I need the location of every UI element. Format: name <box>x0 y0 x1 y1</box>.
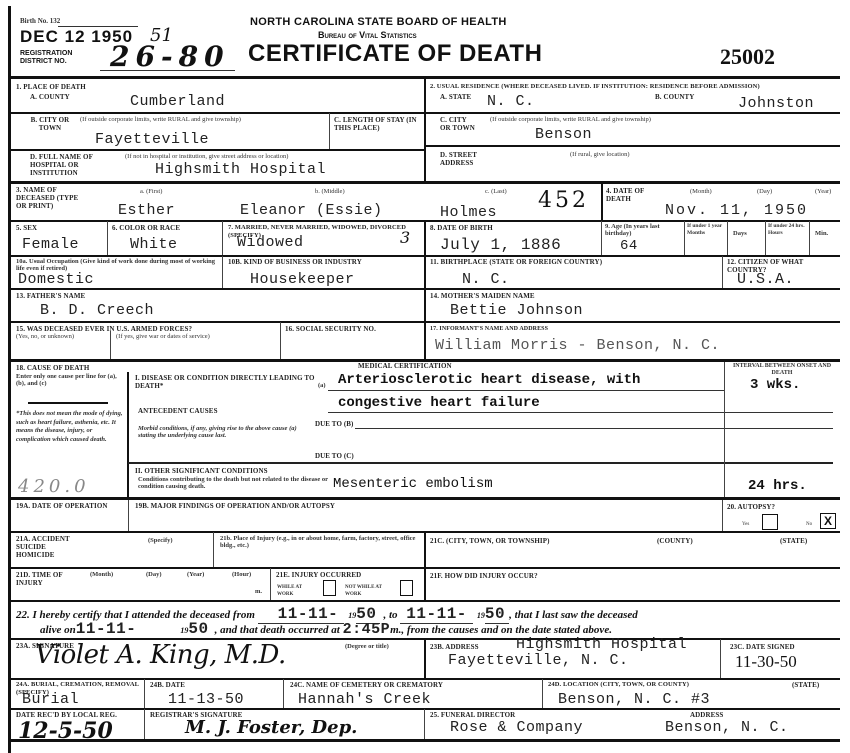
divider <box>424 289 426 359</box>
divider <box>542 679 543 709</box>
divider <box>601 221 602 255</box>
injury-month-label: (Month) <box>90 571 113 578</box>
burial-method-value: Burial <box>22 691 79 708</box>
alive-on-year: 50 <box>188 620 212 639</box>
divider <box>720 639 721 679</box>
divider <box>424 112 840 114</box>
divider <box>424 709 425 739</box>
divider <box>722 500 723 531</box>
while-at-work-label: While at Work <box>277 584 312 598</box>
street-address-label: d. Street Address <box>440 151 490 167</box>
interval-a-value: 3 wks. <box>750 377 800 393</box>
to-year-prefix: 19 <box>477 611 485 620</box>
first-name-label: a. (First) <box>140 188 162 195</box>
divider <box>144 709 145 739</box>
document-title: CERTIFICATE OF DEATH <box>248 40 542 68</box>
funeral-director-address-value: Benson, N. C. <box>665 719 789 736</box>
divider <box>10 567 840 569</box>
age-value: 64 <box>620 238 638 254</box>
armed-forces-label: 15. Was Deceased Ever in U.S. Armed Forc… <box>16 325 286 333</box>
part-one-label: I. Disease or Condition Directly Leading… <box>135 374 325 390</box>
middle-name-label: b. (Middle) <box>315 188 345 195</box>
residence-state-label: a. State <box>440 93 471 101</box>
length-of-stay-label: c. Length of Stay (in this place) <box>334 116 419 132</box>
divider <box>280 322 281 359</box>
registration-label: Registration District No. <box>20 50 72 66</box>
divider <box>10 708 840 710</box>
injury-state-label: (State) <box>780 537 807 545</box>
divider <box>424 145 840 147</box>
divider <box>107 221 108 255</box>
interval-label: Interval Between Onset and Death <box>732 363 832 377</box>
residence-county-value: Johnston <box>738 95 814 112</box>
mother-name-label: 14. Mother's Maiden Name <box>430 292 535 300</box>
burial-location-state-label: (State) <box>792 681 819 689</box>
divider <box>10 112 424 114</box>
hospital-label: d. Full Name of Hospital or Institution <box>30 153 110 177</box>
age-days-label: Days <box>733 230 747 237</box>
date-of-death-label: 4. Date of Death <box>606 187 646 203</box>
cause-line-a2-value: congestive heart failure <box>338 395 540 411</box>
divider <box>213 532 214 568</box>
injury-county-label: (County) <box>657 537 693 545</box>
divider <box>28 402 108 404</box>
birth-number-label: Birth No. 132 <box>20 18 60 25</box>
divider <box>329 113 330 149</box>
residence-county-label: b. County <box>655 93 694 101</box>
divider <box>128 500 129 531</box>
degree-label: (Degree or title) <box>345 643 389 650</box>
part-two-value: Mesenteric embolism <box>333 476 493 492</box>
armed-forces-note-1: (Yes, no, or unknown) <box>16 333 74 340</box>
while-at-work-checkbox[interactable] <box>323 580 336 596</box>
age-min-label: Min. <box>815 230 828 237</box>
physician-signature: Violet A. King, M.D. <box>35 640 286 670</box>
divider <box>765 221 766 255</box>
part-two-note: Conditions contributing to the death but… <box>138 476 328 490</box>
divider <box>270 568 271 600</box>
left-border <box>8 6 11 753</box>
divider <box>10 149 424 151</box>
alive-on-date: 11-11- <box>76 620 177 639</box>
antecedent-causes-label: Antecedent Causes <box>138 407 218 415</box>
cause-line-a-value: Arteriosclerotic heart disease, with <box>338 372 640 388</box>
divider <box>724 428 833 429</box>
col-divider-1 <box>424 78 426 181</box>
section-divider <box>10 497 840 500</box>
causes-text: m., from the causes and on the date stat… <box>390 624 612 636</box>
funeral-director-label: 25. Funeral Director <box>430 711 515 719</box>
physician-address-line1: Highsmith Hospital <box>516 636 687 653</box>
dod-day-label: (Day) <box>757 188 772 195</box>
name-label: 3. Name of Deceased (Type or Print) <box>16 186 86 210</box>
hospital-value: Highsmith Hospital <box>155 161 326 178</box>
divider <box>128 462 833 464</box>
father-name-value: B. D. Creech <box>40 302 154 319</box>
armed-forces-note-2: (If yes, give war or dates of service) <box>116 333 210 340</box>
dod-year-label: (Year) <box>815 188 831 195</box>
death-occurred-text: , and that death occurred at <box>215 624 340 636</box>
autopsy-yes-label: Yes <box>742 521 749 528</box>
middle-name-value: Eleanor (Essie) <box>240 202 383 219</box>
injury-hour-label: (Hour) <box>232 571 251 578</box>
burial-date-value: 11-13-50 <box>168 691 244 708</box>
sex-value: Female <box>22 236 79 253</box>
injury-time-label: 21d. Time of Injury <box>16 571 66 587</box>
section-divider <box>10 600 840 602</box>
marital-status-value: Widowed <box>237 234 304 251</box>
divider <box>424 639 426 679</box>
last-name-annotation: 452 <box>538 188 589 213</box>
death-city-label: b. City or Town <box>30 116 70 132</box>
due-to-c-label: Due to (c) <box>315 452 354 460</box>
burial-location-label: 24d. Location (City, town, or county) <box>548 681 689 689</box>
injury-occurred-label: 21e. Injury Occurred <box>276 571 361 579</box>
divider <box>727 221 728 255</box>
death-city-note: (If outside corporate limits, write RURA… <box>80 116 305 123</box>
date-signed-label: 23c. Date Signed <box>730 643 795 651</box>
divider <box>424 221 426 255</box>
physician-address-line2: Fayetteville, N. C. <box>448 652 629 669</box>
business-value: Housekeeper <box>250 271 355 288</box>
occupation-value: Domestic <box>18 271 94 288</box>
residence-city-value: Benson <box>535 126 592 143</box>
autopsy-no-label: No <box>806 521 812 528</box>
dob-value: July 1, 1886 <box>440 236 561 254</box>
autopsy-no-checkbox[interactable]: X <box>820 513 836 529</box>
autopsy-label: 20. Autopsy? <box>727 503 775 511</box>
registrar-signature: M. J. Foster, Dep. <box>185 717 357 738</box>
certificate-number: 25002 <box>720 44 775 70</box>
burial-date-label: 24b. Date <box>150 681 185 689</box>
race-label: 6. Color or Race <box>112 224 180 232</box>
residence-label: 2. Usual Residence (Where deceased lived… <box>430 83 760 91</box>
cause-code-annotation: 420.0 <box>18 476 90 497</box>
injury-place-label: 21b. Place of Injury (e.g., in or about … <box>220 535 420 549</box>
divider <box>722 256 723 288</box>
not-at-work-label: Not While at Work <box>345 584 390 598</box>
date-signed-value: 11-30-50 <box>735 652 797 672</box>
bureau-name: Bureau of Vital Statistics <box>318 30 417 40</box>
board-name: NORTH CAROLINA STATE BOARD OF HEALTH <box>250 16 507 28</box>
funeral-director-value: Rose & Company <box>450 719 583 736</box>
father-name-label: 13. Father's Name <box>16 292 85 300</box>
divider <box>222 256 223 288</box>
residence-city-label: c. City or Town <box>440 116 475 132</box>
injury-year-label: (Year) <box>187 571 204 578</box>
medical-certification-label: Medical Certification <box>358 362 452 370</box>
street-address-note: (If rural, give location) <box>570 151 630 158</box>
interval-divider <box>724 362 725 498</box>
occupation-label: 10a. Usual Occupation (Give kind of work… <box>16 258 216 272</box>
sex-label: 5. Sex <box>16 224 37 232</box>
age-hours-label: If under 24 hrs. Hours <box>768 223 808 237</box>
divider <box>328 412 833 413</box>
registration-label-line2: District No. <box>20 58 72 66</box>
line-b-underline <box>355 428 724 429</box>
date-of-death-value: Nov. 11, 1950 <box>665 202 808 219</box>
divider <box>424 532 426 600</box>
divider <box>10 321 840 323</box>
physician-address-label: 23b. Address <box>430 643 479 651</box>
injury-specify-label: (Specify) <box>148 537 173 544</box>
hospital-note: (If not in hospital or institution, give… <box>125 153 288 160</box>
age-months-label: If under 1 year Months <box>687 223 727 237</box>
divider <box>127 372 129 498</box>
residence-city-note: (If outside corporate limits, write RURA… <box>490 116 651 123</box>
last-name-label: c. (Last) <box>485 188 507 195</box>
time-of-death: 2:45P <box>343 621 391 638</box>
residence-state-value: N. C. <box>487 93 535 110</box>
divider <box>283 679 284 709</box>
mother-name-value: Bettie Johnson <box>450 302 583 319</box>
death-county-value: Cumberland <box>130 93 225 110</box>
autopsy-yes-checkbox[interactable] <box>762 514 778 530</box>
injury-m-label: m. <box>255 588 262 595</box>
birthplace-label: 11. Birthplace (State or foreign country… <box>430 258 602 266</box>
injury-day-label: (Day) <box>146 571 162 578</box>
injury-type-label: 21a. Accident Suicide Homicide <box>16 535 86 559</box>
divider <box>684 221 685 255</box>
injury-location-label: 21c. (City, Town, or Township) <box>430 537 550 545</box>
first-name-value: Esther <box>118 202 175 219</box>
ssn-label: 16. Social Security No. <box>285 325 376 333</box>
divider <box>222 221 223 255</box>
dod-month-label: (Month) <box>690 188 712 195</box>
birthplace-value: N. C. <box>462 271 510 288</box>
cause-instruction: Enter only one cause per line for (a), (… <box>16 373 124 387</box>
cause-footnote: *This does not mean the mode of dying, s… <box>16 410 126 444</box>
dob-label: 8. Date of Birth <box>430 224 493 232</box>
alive-on-label: alive on <box>40 624 76 636</box>
cemetery-label: 24c. Name of Cemetery or Crematory <box>290 681 443 689</box>
due-to-b-label: Due to (b) <box>315 420 353 428</box>
divider <box>424 256 426 288</box>
section-divider <box>10 181 840 184</box>
line-a-label: (a) <box>318 382 326 389</box>
registration-line <box>100 70 235 71</box>
operation-date-label: 19a. Date of Operation <box>16 502 126 510</box>
age-label: 9. Age (In years last birthday) <box>605 223 660 237</box>
registration-label-line1: Registration <box>20 50 72 58</box>
citizenship-value: U.S.A. <box>737 271 794 288</box>
operation-findings-label: 19b. Major Findings of Operation and/or … <box>135 502 335 510</box>
interval-2-value: 24 hrs. <box>748 478 807 494</box>
informant-label: 17. Informant's Name and Address <box>430 325 548 333</box>
business-label: 10b. Kind of Business or Industry <box>228 258 418 266</box>
race-value: White <box>130 236 178 253</box>
last-name-value: Holmes <box>440 204 497 221</box>
place-of-death-label: 1. Place of Death <box>16 83 86 91</box>
registration-district-number: 26-80 <box>110 40 230 73</box>
bottom-divider <box>10 739 840 742</box>
divider <box>809 221 810 255</box>
cemetery-value: Hannah's Creek <box>298 691 431 708</box>
not-at-work-checkbox[interactable] <box>400 580 413 596</box>
burial-location-value: Benson, N. C. #3 <box>558 691 710 708</box>
divider <box>601 183 603 221</box>
antecedent-note: Morbid conditions, if any, giving rise t… <box>138 425 308 439</box>
part-two-label: II. Other Significant Conditions <box>135 467 268 475</box>
how-injury-occurred-label: 21f. How Did Injury Occur? <box>430 572 538 580</box>
informant-value: William Morris - Benson, N. C. <box>435 337 720 354</box>
cause-of-death-label: 18. Cause of Death <box>16 364 89 372</box>
divider <box>10 678 840 680</box>
divider <box>110 331 111 359</box>
line-a-underline <box>328 390 724 391</box>
death-county-label: a. County <box>30 93 70 101</box>
marital-status-annotation: 3 <box>400 228 410 247</box>
funeral-director-address-label: Address <box>690 711 723 719</box>
divider <box>144 679 145 709</box>
death-city-value: Fayetteville <box>95 131 209 148</box>
